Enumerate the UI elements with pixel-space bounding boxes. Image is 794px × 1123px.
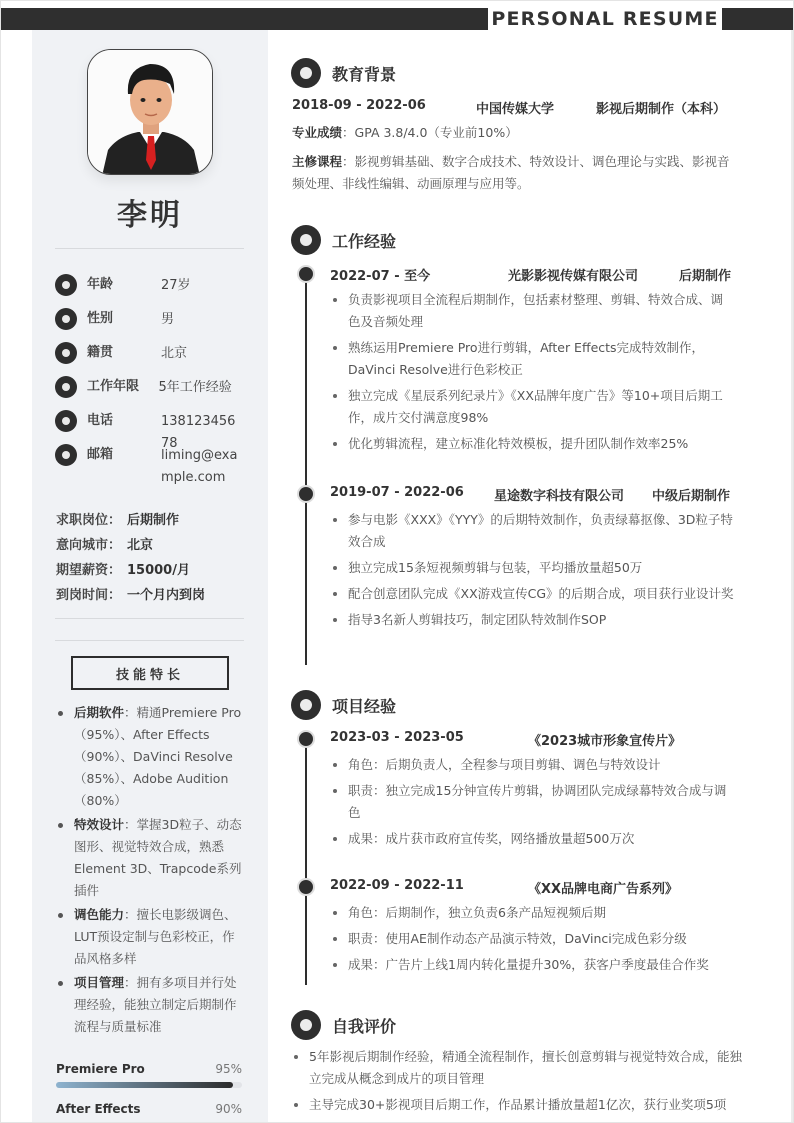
ring-bullet-icon — [55, 274, 77, 296]
intent-label: 意向城市： — [56, 536, 127, 561]
ring-bullet-icon — [55, 410, 77, 432]
bullet-item: 独立完成15条短视频剪辑与包装，平均播放量超50万 — [330, 557, 735, 579]
section-title: 自我评价 — [332, 1014, 396, 1037]
grade-label: 专业成绩 — [292, 125, 342, 140]
skill-label: 调色能力 — [74, 907, 124, 922]
work-timeline — [305, 274, 307, 665]
info-value: 男 — [161, 309, 243, 331]
ring-bullet-icon — [55, 342, 77, 364]
education-period: 2018-09 - 2022-06 — [292, 98, 476, 117]
self-eval-bullets: 5年影视后期制作经验，精通全流程制作，擅长创意剪辑与视觉特效合成，能独立完成从概… — [291, 1046, 746, 1120]
skill-item: 后期软件：精通Premiere Pro（95%）、After Effects（9… — [56, 702, 246, 812]
bullet-item: 5年影视后期制作经验，精通全流程制作，擅长创意剪辑与视觉特效合成，能独立完成从概… — [291, 1046, 746, 1090]
section-title: 项目经验 — [332, 694, 396, 717]
info-row-gender: 性别 男 — [55, 309, 255, 343]
job-intent-list: 求职岗位： 后期制作 意向城市： 北京 期望薪资： 15000/月 到岗时间： … — [56, 511, 205, 611]
intent-row: 求职岗位： 后期制作 — [56, 511, 205, 536]
bullet-item: 成果：广告片上线1周内转化量提升30%，获客户季度最佳合作奖 — [330, 954, 735, 976]
avatar-portrait-icon — [88, 50, 213, 175]
sidebar: 李明 年龄 27岁 性别 男 籍贯 北京 工作年限 5年工作经验 — [32, 30, 268, 1123]
timeline-dot-icon — [299, 732, 313, 746]
intent-row: 期望薪资： 15000/月 — [56, 561, 205, 586]
info-label: 年龄 — [87, 275, 161, 295]
section-work-header: 工作经验 — [291, 225, 396, 255]
skill-label: 特效设计 — [74, 817, 124, 832]
bullet-item: 优化剪辑流程，建立标准化特效模板，提升团队制作效率25% — [330, 433, 735, 455]
work-company: 光影影视传媒有限公司 — [508, 265, 679, 284]
section-title: 教育背景 — [332, 62, 396, 85]
work-role: 中级后期制作 — [652, 485, 730, 504]
intent-label: 求职岗位： — [56, 511, 127, 536]
intent-row: 到岗时间： 一个月内到岗 — [56, 586, 205, 611]
skill-bar-name: After Effects — [56, 1100, 141, 1118]
divider — [55, 640, 244, 641]
ring-bullet-icon — [55, 376, 77, 398]
skill-bar-premiere: Premiere Pro 95% — [56, 1060, 242, 1088]
divider — [55, 618, 244, 619]
bullet-item: 独立完成《星辰系列纪录片》《XX品牌年度广告》等10+项目后期工作，成片交付满意… — [330, 385, 735, 429]
bullet-item: 参与电影《XXX》《YYY》的后期特效制作，负责绿幕抠像、3D粒子特效合成 — [330, 509, 735, 553]
bullet-item: 负责影视项目全流程后期制作，包括素材整理、剪辑、特效合成、调色及音频处理 — [330, 289, 735, 333]
courses-value: ：影视剪辑基础、数字合成技术、特效设计、调色理论与实践、影视音频处理、非线性编辑… — [292, 154, 730, 191]
section-ring-icon — [291, 225, 321, 255]
skill-item: 项目管理：拥有多项目并行处理经验，能独立制定后期制作流程与质量标准 — [56, 972, 246, 1038]
education-major: 影视后期制作（本科） — [596, 98, 726, 117]
info-row-phone: 电话 13812345678 — [55, 411, 255, 445]
skills-title: 技能特长 — [71, 656, 229, 690]
education-school: 中国传媒大学 — [476, 98, 596, 117]
header-title: PERSONAL RESUME — [491, 8, 718, 30]
skill-list: 后期软件：精通Premiere Pro（95%）、After Effects（9… — [56, 702, 246, 1040]
bullet-item: 主导完成30+影视项目后期工作，作品累计播放量超1亿次，获行业奖项5项 — [291, 1094, 746, 1116]
info-value: 27岁 — [161, 275, 243, 297]
info-row-email: 邮箱 liming@example.com — [55, 445, 255, 501]
info-label: 工作年限 — [87, 377, 158, 397]
info-row-hometown: 籍贯 北京 — [55, 343, 255, 377]
skill-label: 后期软件 — [74, 705, 124, 720]
skill-bar-fill — [56, 1082, 233, 1088]
intent-value: 后期制作 — [127, 511, 179, 536]
bullet-item: 职责：使用AE制作动态产品演示特效，DaVinci完成色彩分级 — [330, 928, 735, 950]
timeline-dot-icon — [299, 880, 313, 894]
courses-label: 主修课程 — [292, 154, 342, 169]
bullet-item: 职责：独立完成15分钟宣传片剪辑，协调团队完成绿幕特效合成与调色 — [330, 780, 735, 824]
education-courses: 主修课程：影视剪辑基础、数字合成技术、特效设计、调色理论与实践、影视音频处理、非… — [292, 151, 737, 195]
skill-bar-track — [56, 1082, 242, 1088]
personal-info-list: 年龄 27岁 性别 男 籍贯 北京 工作年限 5年工作经验 电话 138 — [55, 275, 255, 501]
skill-bar-percent: 95% — [215, 1060, 242, 1078]
resume-page: PERSONAL RESUME 李明 年龄 27岁 — [0, 0, 794, 1123]
project-entry-head: 2023-03 - 2023-05 《2023城市形象宣传片》 — [330, 730, 681, 749]
project-name: 《2023城市形象宣传片》 — [528, 730, 681, 749]
work-period: 2019-07 - 2022-06 — [330, 485, 494, 504]
info-label: 性别 — [87, 309, 161, 329]
timeline-dot-icon — [299, 487, 313, 501]
intent-value: 北京 — [127, 536, 153, 561]
work-role: 后期制作 — [679, 265, 731, 284]
project-bullets: 角色：后期制作，独立负责6条产品短视频后期 职责：使用AE制作动态产品演示特效，… — [330, 902, 735, 980]
section-ring-icon — [291, 1010, 321, 1040]
bullet-item: 配合创意团队完成《XX游戏宣传CG》的后期合成，项目获行业设计奖 — [330, 583, 735, 605]
project-timeline — [305, 739, 307, 985]
work-entry-head: 2022-07 - 至今 光影影视传媒有限公司 后期制作 — [330, 265, 731, 284]
avatar — [87, 49, 213, 175]
info-row-experience-years: 工作年限 5年工作经验 — [55, 377, 255, 411]
info-label: 邮箱 — [87, 445, 161, 465]
info-value: 北京 — [161, 343, 243, 365]
project-period: 2022-09 - 2022-11 — [330, 878, 528, 897]
grade-value: ：GPA 3.8/4.0（专业前10%） — [342, 125, 518, 140]
education-grade: 专业成绩：GPA 3.8/4.0（专业前10%） — [292, 122, 742, 144]
page-edge — [791, 30, 793, 1123]
education-row: 2018-09 - 2022-06 中国传媒大学 影视后期制作（本科） — [292, 98, 726, 117]
intent-value: 15000/月 — [127, 561, 190, 586]
skill-bar-name: Premiere Pro — [56, 1060, 145, 1078]
divider — [55, 248, 244, 249]
work-bullets: 负责影视项目全流程后期制作，包括素材整理、剪辑、特效合成、调色及音频处理 熟练运… — [330, 289, 735, 459]
info-row-age: 年龄 27岁 — [55, 275, 255, 309]
skill-bar-percent: 90% — [215, 1100, 242, 1118]
bullet-item: 成果：成片获市政府宣传奖，网络播放量超500万次 — [330, 828, 735, 850]
project-period: 2023-03 - 2023-05 — [330, 730, 528, 749]
section-ring-icon — [291, 690, 321, 720]
intent-label: 到岗时间： — [56, 586, 127, 611]
skill-label: 项目管理 — [74, 975, 124, 990]
project-bullets: 角色：后期负责人，全程参与项目剪辑、调色与特效设计 职责：独立完成15分钟宣传片… — [330, 754, 735, 854]
section-self-eval-header: 自我评价 — [291, 1010, 396, 1040]
skill-item: 特效设计：掌握3D粒子、动态图形、视觉特效合成，熟悉Element 3D、Tra… — [56, 814, 246, 902]
info-label: 籍贯 — [87, 343, 161, 363]
bullet-item: 指导3名新人剪辑技巧，制定团队特效制作SOP — [330, 609, 735, 631]
section-title: 工作经验 — [332, 229, 396, 252]
ring-bullet-icon — [55, 308, 77, 330]
work-company: 星途数字科技有限公司 — [494, 485, 652, 504]
project-name: 《XX品牌电商广告系列》 — [528, 878, 678, 897]
skill-item: 调色能力：擅长电影级调色、LUT预设定制与色彩校正，作品风格多样 — [56, 904, 246, 970]
section-ring-icon — [291, 58, 321, 88]
bullet-item: 角色：后期制作，独立负责6条产品短视频后期 — [330, 902, 735, 924]
skill-bar-after-effects: After Effects 90% — [56, 1100, 242, 1123]
candidate-name: 李明 — [32, 190, 268, 234]
project-entry-head: 2022-09 - 2022-11 《XX品牌电商广告系列》 — [330, 878, 678, 897]
header-title-box: PERSONAL RESUME — [488, 4, 722, 34]
intent-row: 意向城市： 北京 — [56, 536, 205, 561]
section-projects-header: 项目经验 — [291, 690, 396, 720]
work-period: 2022-07 - 至今 — [330, 265, 508, 284]
intent-label: 期望薪资： — [56, 561, 127, 586]
section-education-header: 教育背景 — [291, 58, 396, 88]
email-link[interactable]: liming@example.com — [161, 445, 239, 489]
bullet-item: 角色：后期负责人，全程参与项目剪辑、调色与特效设计 — [330, 754, 735, 776]
timeline-dot-icon — [299, 267, 313, 281]
skill-text: ：精通Premiere Pro（95%）、After Effects（90%）、… — [74, 705, 241, 808]
work-entry-head: 2019-07 - 2022-06 星途数字科技有限公司 中级后期制作 — [330, 485, 730, 504]
bullet-item: 熟练运用Premiere Pro进行剪辑，After Effects完成特效制作… — [330, 337, 735, 381]
info-label: 电话 — [87, 411, 161, 431]
ring-bullet-icon — [55, 444, 77, 466]
intent-value: 一个月内到岗 — [127, 586, 205, 611]
work-bullets: 参与电影《XXX》《YYY》的后期特效制作，负责绿幕抠像、3D粒子特效合成 独立… — [330, 509, 735, 635]
info-value: 5年工作经验 — [158, 377, 255, 399]
